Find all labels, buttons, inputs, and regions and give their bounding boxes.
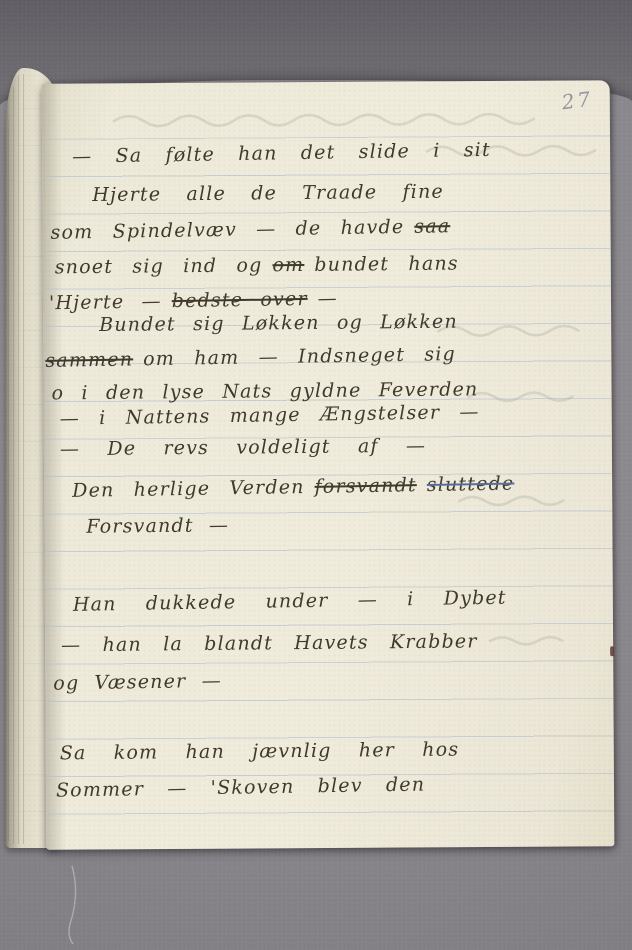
manuscript-line: snoet sig ind ogombundet hans	[55, 250, 459, 280]
manuscript-line: Sa kom han jævnlig her hos	[60, 737, 460, 767]
line-text: — han la blandt Havets Krabber	[61, 630, 478, 656]
manuscript-line: — i Nattens mange Ængstelser —	[60, 399, 480, 432]
struck-word: sammen	[45, 348, 133, 371]
struck-word: bedste over	[172, 288, 308, 312]
binding-thread-speck	[610, 646, 614, 656]
manuscript-line: — De revs voldeligt af —	[60, 433, 426, 463]
line-text: snoet sig ind og	[55, 254, 263, 278]
line-text: — Sa følte han det slide i sit	[72, 139, 491, 168]
line-text: —	[317, 287, 338, 309]
line-text: Han dukkede under — i Dybet	[73, 587, 507, 616]
manuscript-line: Den herlige Verdenforsvandtsluttede	[72, 471, 515, 504]
struck-word: forsvandt	[314, 474, 417, 498]
manuscript-line: og Væsener —	[53, 668, 222, 697]
line-text: bundet hans	[314, 252, 459, 275]
line-text: Forsvandt —	[86, 514, 229, 537]
line-text: og Væsener —	[53, 670, 222, 695]
line-text: som Spindelvæv — de havde	[50, 216, 404, 244]
manuscript-line: Bundet sig Løkken og Løkken	[99, 309, 458, 338]
line-text: Sa kom han jævnlig her hos	[60, 739, 460, 765]
line-text: — i Nattens mange Ængstelser —	[60, 401, 480, 430]
manuscript-page: 27 — Sa følte han det slide i sit Hjerte…	[42, 80, 615, 849]
line-text: Den herlige Verden	[72, 476, 305, 502]
manuscript-line: — han la blandt Havets Krabber	[61, 628, 478, 658]
struck-word: saa	[414, 215, 450, 238]
manuscript-line: Han dukkede under — i Dybet	[73, 585, 507, 618]
manuscript-line: — Sa følte han det slide i sit	[72, 137, 491, 170]
line-text: — De revs voldeligt af —	[60, 435, 426, 461]
line-text: Bundet sig Løkken og Løkken	[99, 311, 458, 336]
struck-word-blue: sluttede	[427, 473, 515, 496]
struck-word: om	[272, 254, 304, 276]
manuscript-line: Forsvandt —	[86, 512, 229, 539]
manuscript-line: som Spindelvæv — de havdesaa	[50, 213, 450, 246]
handwritten-text-block: — Sa følte han det slide i sit Hjerte al…	[42, 80, 615, 849]
photo-backdrop: 27 — Sa følte han det slide i sit Hjerte…	[0, 0, 632, 950]
manuscript-line: Sommer — 'Skoven blev den	[56, 771, 426, 803]
manuscript-line: sammenom ham — Indsneget sig	[45, 341, 456, 374]
line-text: Hjerte alle de Traade fine	[92, 181, 444, 206]
line-text: Sommer — 'Skoven blev den	[56, 773, 426, 801]
manuscript-line: Hjerte alle de Traade fine	[92, 179, 444, 208]
line-text: om ham — Indsneget sig	[143, 343, 456, 370]
